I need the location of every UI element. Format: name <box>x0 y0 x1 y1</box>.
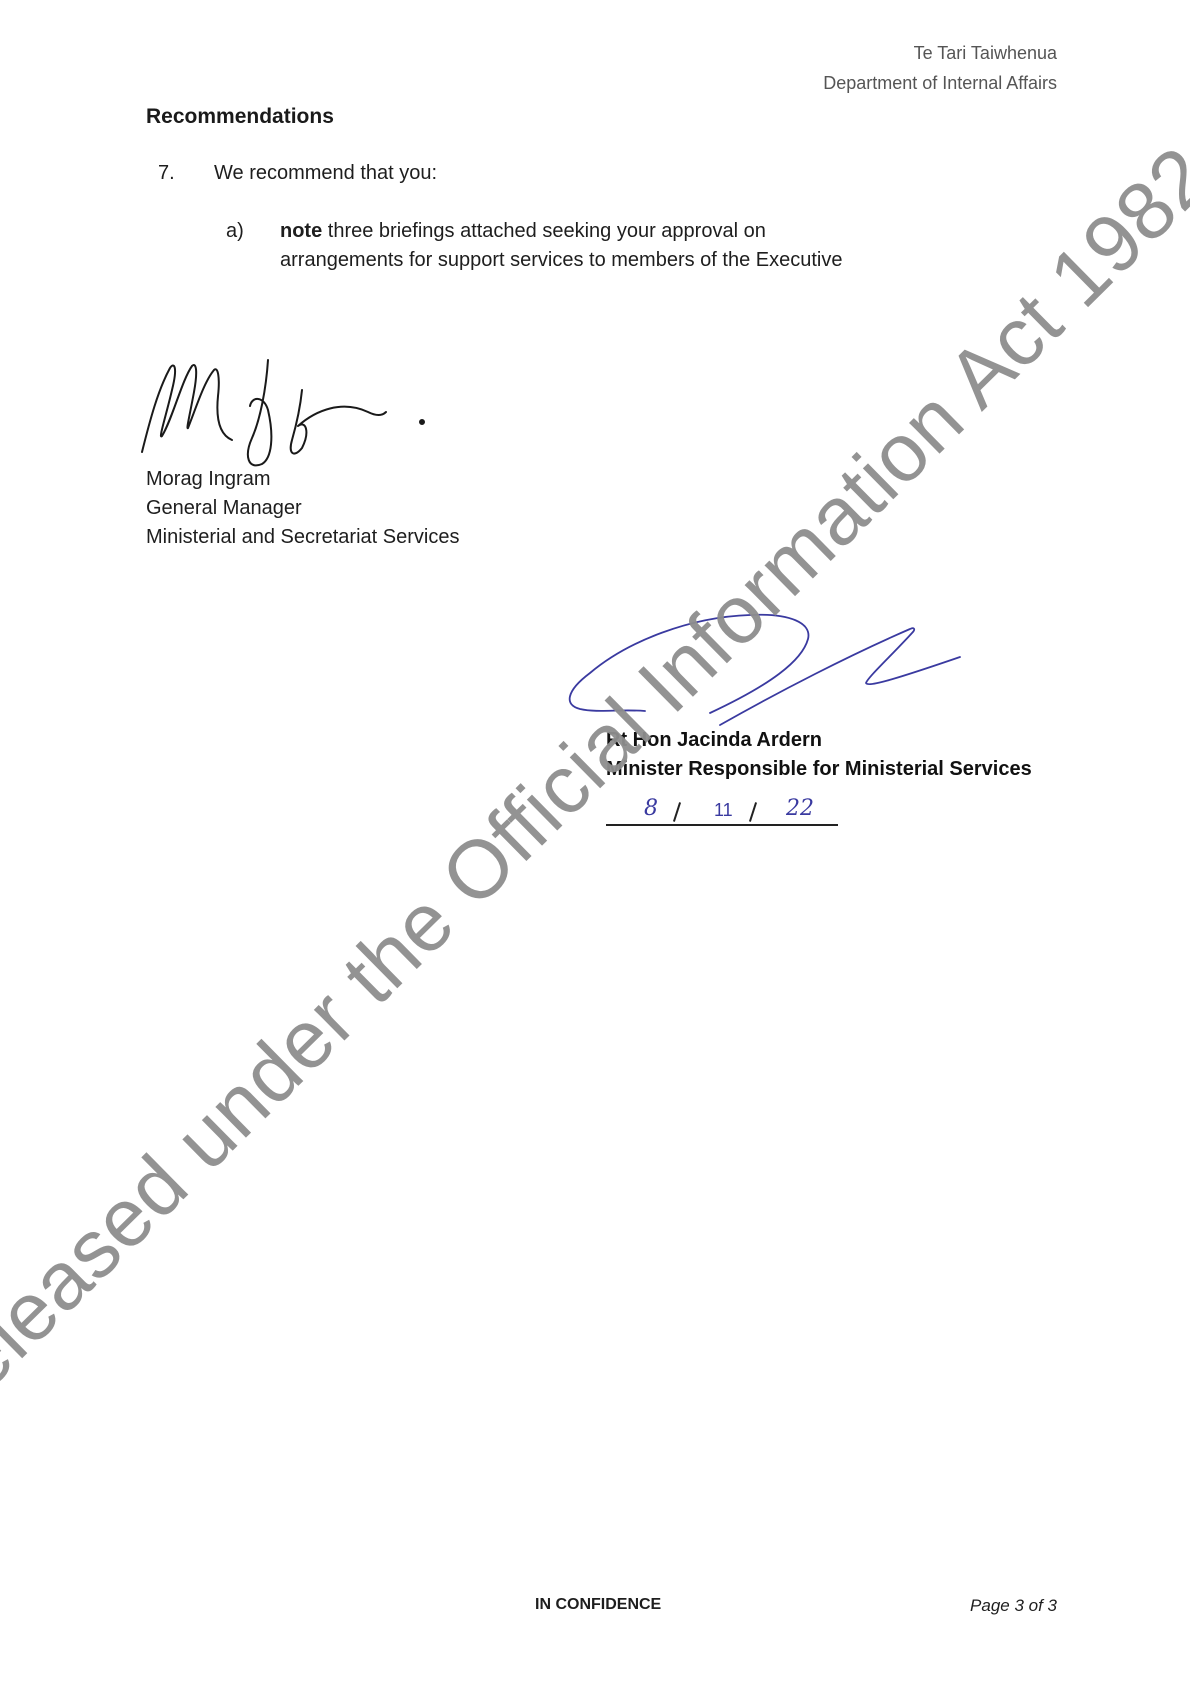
paragraph-number: 7. <box>158 162 214 185</box>
date-separator <box>673 802 681 822</box>
page-header: Te Tari Taiwhenua Department of Internal… <box>823 38 1057 98</box>
date-separator <box>749 802 757 822</box>
item-keyword: note <box>280 220 322 242</box>
signatory-title: Minister Responsible for Ministerial Ser… <box>606 755 1032 784</box>
item-body: note three briefings attached seeking yo… <box>280 217 866 275</box>
handwritten-signature-blue-icon <box>550 595 1010 735</box>
signatory-ardern: Rt Hon Jacinda Ardern Minister Responsib… <box>606 726 1032 784</box>
document-page: Te Tari Taiwhenua Department of Internal… <box>0 0 1190 1685</box>
date-day: 8 <box>644 796 658 821</box>
classification-footer: IN CONFIDENCE <box>535 1596 661 1614</box>
recommendation-intro: 7.We recommend that you: <box>158 162 437 185</box>
org-name-maori: Te Tari Taiwhenua <box>823 38 1057 68</box>
intro-text: We recommend that you: <box>214 162 437 184</box>
date-month: 11 <box>714 800 733 821</box>
date-year: 22 <box>786 796 814 821</box>
signatory-ingram: Morag Ingram General Manager Ministerial… <box>146 465 459 552</box>
signatory-name: Rt Hon Jacinda Ardern <box>606 726 1032 755</box>
item-letter: a) <box>226 217 244 246</box>
item-text: three briefings attached seeking your ap… <box>280 220 842 271</box>
signatory-name: Morag Ingram <box>146 465 459 494</box>
recommendation-item: a) note three briefings attached seeking… <box>226 217 866 275</box>
signatory-unit: Ministerial and Secretariat Services <box>146 523 459 552</box>
signatory-title: General Manager <box>146 494 459 523</box>
section-heading: Recommendations <box>146 105 334 129</box>
handwritten-signature-black-icon <box>120 330 440 480</box>
org-name-english: Department of Internal Affairs <box>823 68 1057 98</box>
oia-release-watermark: Released under the Official Information … <box>0 129 1190 1450</box>
page-number: Page 3 of 3 <box>970 1596 1057 1616</box>
signature-date-field: 8 11 22 <box>606 800 838 826</box>
